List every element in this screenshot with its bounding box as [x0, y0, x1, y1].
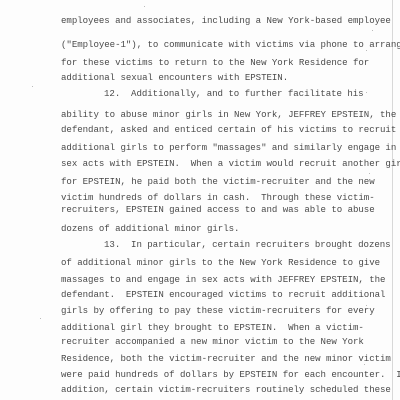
text-line: additional sexual encounters with EPSTEI… [61, 72, 288, 84]
scan-speck [346, 280, 347, 281]
text-line: addition, certain victim-recruiters rout… [61, 384, 391, 396]
text-line: for EPSTEIN, he paid both the victim-rec… [61, 176, 375, 188]
text-line: defendant, asked and enticed certain of … [61, 124, 396, 136]
text-line: for these victims to return to the New Y… [61, 57, 369, 69]
text-line: massages to and engage in sex acts with … [61, 274, 385, 286]
text-line: dozens of additional minor girls. [61, 223, 239, 235]
page-edge-line [392, 0, 393, 400]
text-line: additional girl they brought to EPSTEIN.… [61, 322, 364, 334]
text-line: employees and associates, including a Ne… [61, 15, 391, 27]
scan-speck [144, 6, 145, 7]
scan-speck [366, 50, 367, 51]
scan-speck [40, 318, 41, 319]
text-line: of additional minor girls to the New Yor… [61, 257, 380, 269]
paragraph-13-start: 13. In particular, certain recruiters br… [104, 239, 391, 251]
text-line: were paid hundreds of dollars by EPSTEIN… [61, 369, 400, 381]
scan-speck [32, 86, 33, 87]
scan-speck [366, 92, 367, 93]
text-line: victim hundreds of dollars in cash. Thro… [61, 192, 375, 204]
text-line: ability to abuse minor girls in New York… [61, 109, 396, 121]
text-line: additional girls to perform "massages" a… [61, 142, 396, 154]
scan-speck [346, 296, 347, 297]
text-line: defendant. EPSTEIN encouraged victims to… [61, 289, 385, 301]
text-line: recruiter accompanied a new minor victim… [61, 336, 364, 348]
scan-speck [369, 173, 370, 174]
text-line: Residence, both the victim-recruiter and… [61, 353, 391, 365]
text-line: ("Employee-1"), to communicate with vict… [61, 39, 400, 51]
paragraph-12-start: 12. Additionally, and to further facilit… [104, 88, 364, 100]
text-line: recruiters, EPSTEIN gained access to and… [61, 204, 375, 216]
text-line: girls by offering to pay these victim-re… [61, 305, 375, 317]
document-page: employees and associates, including a Ne… [0, 0, 400, 400]
scan-speck [364, 364, 365, 365]
text-line: sex acts with EPSTEIN. When a victim wou… [61, 158, 400, 170]
scan-speck [372, 30, 373, 31]
scan-speck [366, 305, 367, 306]
